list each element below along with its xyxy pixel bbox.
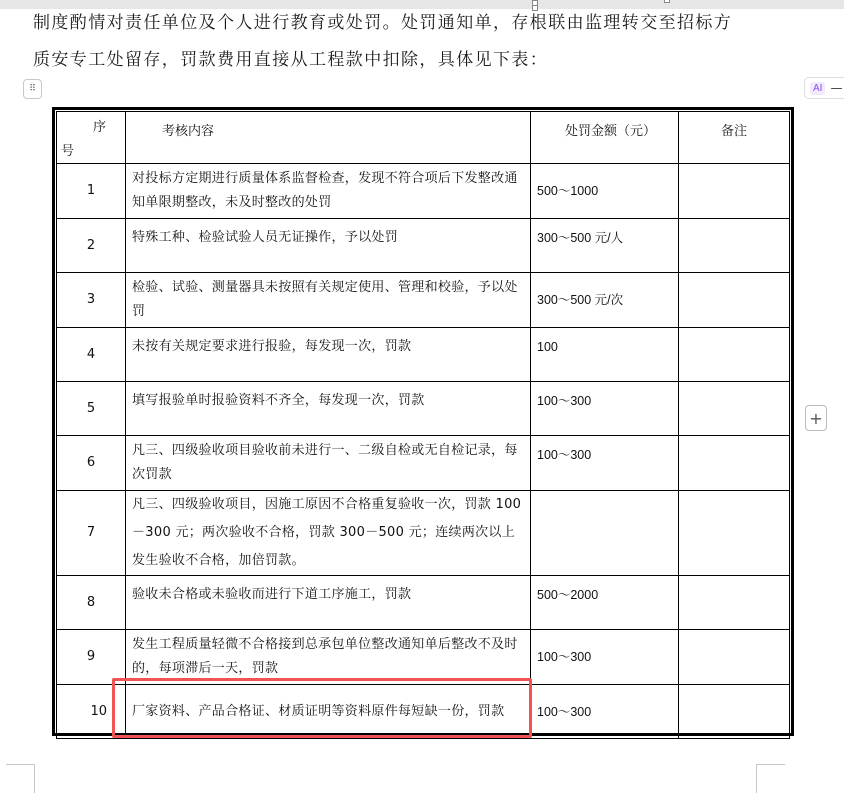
add-column-button[interactable]: + bbox=[805, 405, 827, 431]
cell-amount[interactable]: 100～300 bbox=[531, 630, 679, 685]
cell-seq: 2 bbox=[57, 219, 126, 273]
cell-amount[interactable]: 100～300 bbox=[531, 685, 679, 739]
paragraph-line-1: 制度酌情对责任单位及个人进行教育或处罚。处罚通知单，存根联由监理转交至招标方 bbox=[33, 8, 732, 33]
cell-amount[interactable]: 100 bbox=[531, 328, 679, 382]
cell-content[interactable]: 特殊工种、检验试验人员无证操作，予以处罚 bbox=[126, 219, 531, 273]
drag-grip-icon: ⠿ bbox=[29, 85, 36, 94]
cell-content[interactable]: 对投标方定期进行质量体系监督检查，发现不符合项后下发整改通知单限期整改，未及时整… bbox=[126, 164, 531, 219]
header-seq: 序 号 bbox=[57, 112, 126, 164]
ai-assistant-button[interactable]: AI — bbox=[804, 77, 844, 99]
plus-icon: + bbox=[809, 409, 822, 428]
table-row: 4 未按有关规定要求进行报验，每发现一次，罚款 100 bbox=[57, 328, 790, 382]
cell-content[interactable]: 填写报验单时报验资料不齐全，每发现一次，罚款 bbox=[126, 382, 531, 436]
table-row: 1 对投标方定期进行质量体系监督检查，发现不符合项后下发整改通知单限期整改，未及… bbox=[57, 164, 790, 219]
cell-remarks[interactable] bbox=[679, 436, 790, 491]
cell-seq: 10 bbox=[57, 685, 126, 739]
cell-content[interactable]: 凡三、四级验收项目，因施工原因不合格重复验收一次，罚款 100－300 元；两次… bbox=[126, 491, 531, 576]
cell-content[interactable]: 凡三、四级验收项目验收前未进行一、二级自检或无自检记录，每次罚款 bbox=[126, 436, 531, 491]
cell-content[interactable]: 未按有关规定要求进行报验，每发现一次，罚款 bbox=[126, 328, 531, 382]
table-row: 9 发生工程质量轻微不合格接到总承包单位整改通知单后整改不及时的，每项滞后一天，… bbox=[57, 630, 790, 685]
cell-remarks[interactable] bbox=[679, 685, 790, 739]
cell-remarks[interactable] bbox=[679, 491, 790, 576]
resize-handle[interactable] bbox=[664, 0, 670, 3]
table-row: 7 凡三、四级验收项目，因施工原因不合格重复验收一次，罚款 100－300 元；… bbox=[57, 491, 790, 576]
cell-amount[interactable] bbox=[531, 491, 679, 576]
table-row: 2 特殊工种、检验试验人员无证操作，予以处罚 300～500 元/人 bbox=[57, 219, 790, 273]
paragraph-line-2: 质安专工处留存，罚款费用直接从工程款中扣除，具体见下表： bbox=[33, 45, 548, 70]
cell-remarks[interactable] bbox=[679, 382, 790, 436]
penalty-table: 序 号 考核内容 处罚金额（元） 备注 1 对投标方定期进行质量体系监督检查，发… bbox=[52, 107, 794, 736]
cell-seq: 5 bbox=[57, 382, 126, 436]
cell-amount[interactable]: 300～500 元/人 bbox=[531, 219, 679, 273]
cell-remarks[interactable] bbox=[679, 273, 790, 328]
cell-remarks[interactable] bbox=[679, 219, 790, 273]
header-content: 考核内容 bbox=[126, 112, 531, 164]
cell-seq: 8 bbox=[57, 576, 126, 630]
cell-content[interactable]: 厂家资料、产品合格证、材质证明等资料原件每短缺一份，罚款 bbox=[126, 685, 531, 739]
cell-seq: 6 bbox=[57, 436, 126, 491]
table-drag-handle[interactable]: ⠿ bbox=[23, 79, 42, 99]
table-row: 10 厂家资料、产品合格证、材质证明等资料原件每短缺一份，罚款 100～300 bbox=[57, 685, 790, 739]
cell-remarks[interactable] bbox=[679, 576, 790, 630]
cell-amount[interactable]: 100～300 bbox=[531, 436, 679, 491]
ai-trailing-text: — bbox=[830, 81, 842, 95]
table-row: 5 填写报验单时报验资料不齐全，每发现一次，罚款 100～300 bbox=[57, 382, 790, 436]
table-row: 3 检验、试验、测量器具未按照有关规定使用、管理和校验，予以处罚 300～500… bbox=[57, 273, 790, 328]
cell-seq: 7 bbox=[57, 491, 126, 576]
cell-seq: 3 bbox=[57, 273, 126, 328]
table-row: 8 验收未合格或未验收而进行下道工序施工，罚款 500～2000 bbox=[57, 576, 790, 630]
header-remarks: 备注 bbox=[679, 112, 790, 164]
cell-amount[interactable]: 500～1000 bbox=[531, 164, 679, 219]
page-margin-corner-right bbox=[756, 764, 785, 793]
header-amount: 处罚金额（元） bbox=[531, 112, 679, 164]
cell-amount[interactable]: 500～2000 bbox=[531, 576, 679, 630]
cell-remarks[interactable] bbox=[679, 630, 790, 685]
page-margin-corner-left bbox=[6, 764, 35, 793]
cell-remarks[interactable] bbox=[679, 328, 790, 382]
ai-icon: AI bbox=[810, 82, 825, 95]
cell-seq: 1 bbox=[57, 164, 126, 219]
cell-seq: 4 bbox=[57, 328, 126, 382]
cell-remarks[interactable] bbox=[679, 164, 790, 219]
cell-content[interactable]: 验收未合格或未验收而进行下道工序施工，罚款 bbox=[126, 576, 531, 630]
cell-content[interactable]: 发生工程质量轻微不合格接到总承包单位整改通知单后整改不及时的，每项滞后一天，罚款 bbox=[126, 630, 531, 685]
cell-content[interactable]: 检验、试验、测量器具未按照有关规定使用、管理和校验，予以处罚 bbox=[126, 273, 531, 328]
table-header-row: 序 号 考核内容 处罚金额（元） 备注 bbox=[57, 112, 790, 164]
cell-seq: 9 bbox=[57, 630, 126, 685]
cell-amount[interactable]: 300～500 元/次 bbox=[531, 273, 679, 328]
cell-amount[interactable]: 100～300 bbox=[531, 382, 679, 436]
table-row: 6 凡三、四级验收项目验收前未进行一、二级自检或无自检记录，每次罚款 100～3… bbox=[57, 436, 790, 491]
